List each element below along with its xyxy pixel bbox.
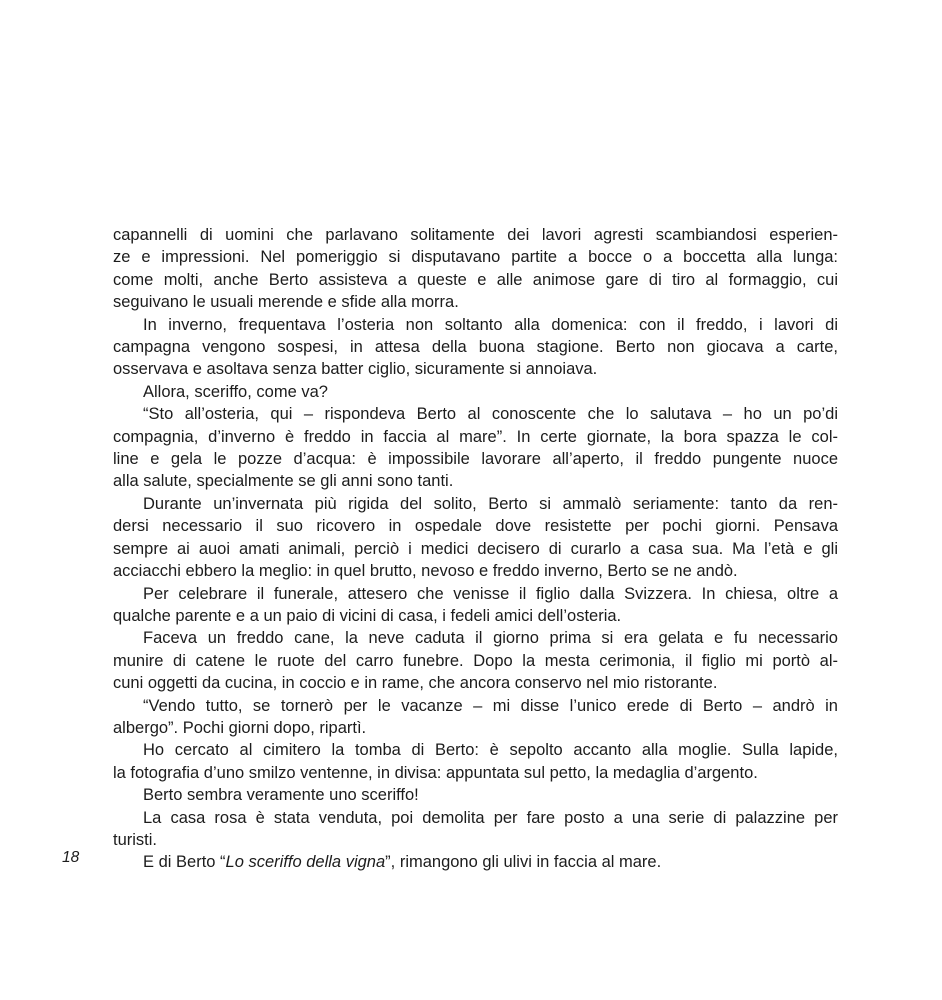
text-line: campagna vengono sospesi, in attesa dell…: [113, 336, 838, 358]
text-line: turisti.: [113, 829, 838, 851]
text-line: La casa rosa è stata venduta, poi demoli…: [113, 807, 838, 829]
text-line: munire di catene le ruote del carro fune…: [113, 650, 838, 672]
page-number: 18: [62, 849, 79, 867]
text-line: acciacchi ebbero la meglio: in quel brut…: [113, 560, 838, 582]
body-text: capannelli di uomini che parlavano solit…: [113, 224, 838, 874]
text-line: albergo”. Pochi giorni dopo, ripartì.: [113, 717, 838, 739]
text-line: Allora, sceriffo, come va?: [113, 381, 838, 403]
text-line: ze e impressioni. Nel pomeriggio si disp…: [113, 246, 838, 268]
text-line-final: E di Berto “Lo sceriffo della vigna”, ri…: [113, 851, 838, 873]
text-line: In inverno, frequentava l’osteria non so…: [113, 314, 838, 336]
text-line: Per celebrare il funerale, attesero che …: [113, 583, 838, 605]
text-line: dersi necessario il suo ricovero in ospe…: [113, 515, 838, 537]
text-line: Durante un’invernata più rigida del soli…: [113, 493, 838, 515]
book-page: capannelli di uomini che parlavano solit…: [0, 0, 942, 1000]
text-line: alla salute, specialmente se gli anni so…: [113, 470, 838, 492]
text-line: “Vendo tutto, se tornerò per le vacanze …: [113, 695, 838, 717]
text-line: osservava e asoltava senza batter ciglio…: [113, 358, 838, 380]
text-line: compagnia, d’inverno è freddo in faccia …: [113, 426, 838, 448]
text-line: seguivano le usuali merende e sfide alla…: [113, 291, 838, 313]
final-line-prefix: E di Berto “: [143, 853, 226, 871]
text-line: Ho cercato al cimitero la tomba di Berto…: [113, 739, 838, 761]
final-line-suffix: ”, rimangono gli ulivi in faccia al mare…: [385, 853, 661, 871]
text-line: come molti, anche Berto assisteva a ques…: [113, 269, 838, 291]
text-line: la fotografia d’uno smilzo ventenne, in …: [113, 762, 838, 784]
text-line: Berto sembra veramente uno sceriffo!: [113, 784, 838, 806]
text-line: Faceva un freddo cane, la neve caduta il…: [113, 627, 838, 649]
text-line: capannelli di uomini che parlavano solit…: [113, 224, 838, 246]
text-line: line e gela le pozze d’acqua: è impossib…: [113, 448, 838, 470]
text-line: “Sto all’osteria, qui – rispondeva Berto…: [113, 403, 838, 425]
book-title-italic: Lo sceriffo della vigna: [226, 853, 386, 871]
text-line: cuni oggetti da cucina, in coccio e in r…: [113, 672, 838, 694]
text-line: sempre ai auoi amati animali, perciò i m…: [113, 538, 838, 560]
text-line: qualche parente e a un paio di vicini di…: [113, 605, 838, 627]
